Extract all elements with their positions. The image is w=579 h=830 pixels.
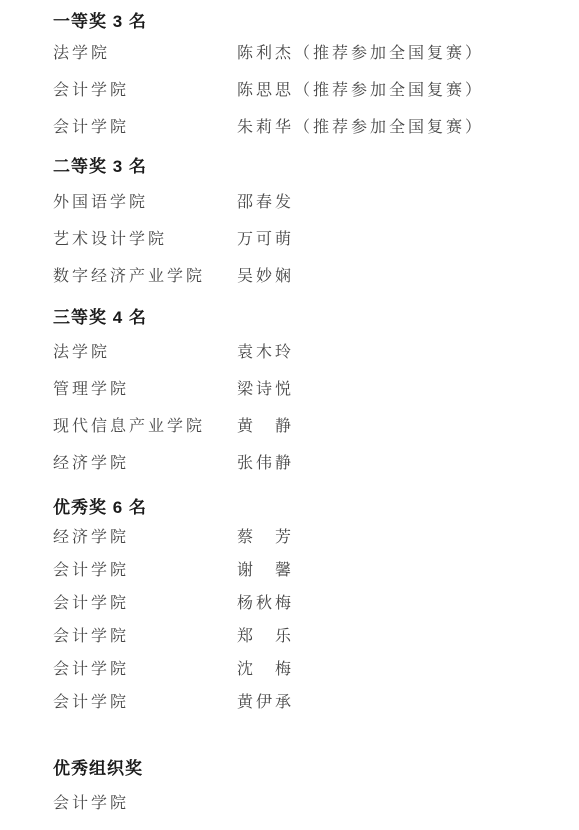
winner-name: 邵春发 xyxy=(237,193,559,213)
award-row: 数字经济产业学院 吴妙娴 xyxy=(53,267,559,304)
award-row: 经济学院 张伟静 xyxy=(53,454,559,491)
section-rows: 法学院 陈利杰（推荐参加全国复赛） 会计学院 陈思思（推荐参加全国复赛） 会计学… xyxy=(53,44,559,155)
college-name: 法学院 xyxy=(53,343,237,363)
award-section: 优秀组织奖 会计学院 xyxy=(53,759,559,830)
winner-name: 黄伊承 xyxy=(237,693,559,713)
award-row: 经济学院 蔡 芳 xyxy=(53,528,559,561)
award-sections: 一等奖 3 名 法学院 陈利杰（推荐参加全国复赛） 会计学院 陈思思（推荐参加全… xyxy=(53,12,559,830)
winner-name: 张伟静 xyxy=(237,454,559,474)
award-section: 二等奖 3 名 外国语学院 邵春发 艺术设计学院 万可萌 数字经济产业学院 吴妙… xyxy=(53,157,559,304)
section-rows: 经济学院 蔡 芳 会计学院 谢 馨 会计学院 杨秋梅 会计学院 郑 乐 会计学院… xyxy=(53,528,559,726)
section-title: 优秀奖 6 名 xyxy=(53,498,559,528)
award-row: 会计学院 陈思思（推荐参加全国复赛） xyxy=(53,81,559,118)
college-name: 会计学院 xyxy=(53,118,237,138)
college-name: 数字经济产业学院 xyxy=(53,267,237,287)
winner-name: 郑 乐 xyxy=(237,627,559,647)
winner-name: 谢 馨 xyxy=(237,561,559,581)
award-row: 会计学院 谢 馨 xyxy=(53,561,559,594)
college-name: 现代信息产业学院 xyxy=(53,417,237,437)
college-name: 经济学院 xyxy=(53,528,237,548)
winner-name: 陈利杰（推荐参加全国复赛） xyxy=(237,44,559,64)
college-name: 会计学院 xyxy=(53,693,237,713)
winner-name: 万可萌 xyxy=(237,230,559,250)
section-title: 优秀组织奖 xyxy=(53,759,559,794)
winner-name: 蔡 芳 xyxy=(237,528,559,548)
college-name: 会计学院 xyxy=(53,561,237,581)
winner-name: 沈 梅 xyxy=(237,660,559,680)
award-row: 管理学院 梁诗悦 xyxy=(53,380,559,417)
award-row: 艺术设计学院 万可萌 xyxy=(53,230,559,267)
winner-name: 陈思思（推荐参加全国复赛） xyxy=(237,81,559,101)
section-title: 二等奖 3 名 xyxy=(53,157,559,193)
section-title: 三等奖 4 名 xyxy=(53,308,559,343)
award-section: 优秀奖 6 名 经济学院 蔡 芳 会计学院 谢 馨 会计学院 杨秋梅 会计学院 … xyxy=(53,498,559,726)
award-row: 会计学院 郑 乐 xyxy=(53,627,559,660)
section-rows: 法学院 袁木玲 管理学院 梁诗悦 现代信息产业学院 黄 静 经济学院 张伟静 xyxy=(53,343,559,491)
award-row: 会计学院 杨秋梅 xyxy=(53,594,559,627)
section-rows: 外国语学院 邵春发 艺术设计学院 万可萌 数字经济产业学院 吴妙娴 xyxy=(53,193,559,304)
winner-name: 梁诗悦 xyxy=(237,380,559,400)
award-row: 法学院 袁木玲 xyxy=(53,343,559,380)
award-row: 现代信息产业学院 黄 静 xyxy=(53,417,559,454)
award-section: 三等奖 4 名 法学院 袁木玲 管理学院 梁诗悦 现代信息产业学院 黄 静 经济… xyxy=(53,308,559,491)
award-row: 法学院 陈利杰（推荐参加全国复赛） xyxy=(53,44,559,81)
award-section: 一等奖 3 名 法学院 陈利杰（推荐参加全国复赛） 会计学院 陈思思（推荐参加全… xyxy=(53,12,559,155)
college-name: 外国语学院 xyxy=(53,193,237,213)
award-row: 会计学院 朱莉华（推荐参加全国复赛） xyxy=(53,118,559,155)
section-title: 一等奖 3 名 xyxy=(53,12,559,44)
winner-name: 杨秋梅 xyxy=(237,594,559,614)
college-name: 管理学院 xyxy=(53,380,237,400)
winner-name: 袁木玲 xyxy=(237,343,559,363)
college-name: 会计学院 xyxy=(53,627,237,647)
winner-name: 吴妙娴 xyxy=(237,267,559,287)
section-rows: 会计学院 xyxy=(53,794,559,830)
award-row: 会计学院 xyxy=(53,794,559,830)
award-row: 会计学院 黄伊承 xyxy=(53,693,559,726)
college-name: 艺术设计学院 xyxy=(53,230,237,250)
award-list-document: 一等奖 3 名 法学院 陈利杰（推荐参加全国复赛） 会计学院 陈思思（推荐参加全… xyxy=(0,0,579,830)
college-name: 会计学院 xyxy=(53,594,237,614)
winner-name: 朱莉华（推荐参加全国复赛） xyxy=(237,118,559,138)
college-name: 会计学院 xyxy=(53,660,237,680)
college-name: 法学院 xyxy=(53,44,237,64)
college-name: 会计学院 xyxy=(53,81,237,101)
winner-name: 黄 静 xyxy=(237,417,559,437)
college-name: 会计学院 xyxy=(53,794,237,814)
college-name: 经济学院 xyxy=(53,454,237,474)
award-row: 会计学院 沈 梅 xyxy=(53,660,559,693)
award-row: 外国语学院 邵春发 xyxy=(53,193,559,230)
